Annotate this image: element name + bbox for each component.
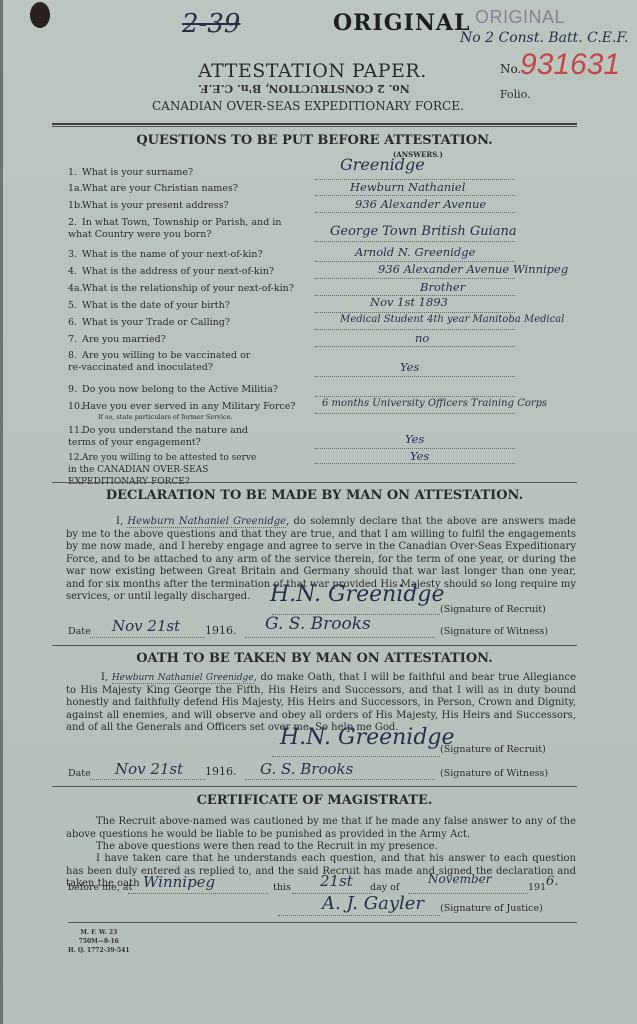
magistrate-day: 21st <box>320 872 353 890</box>
declaration-date: Nov 21st <box>112 617 180 635</box>
folio-label: Folio. <box>500 88 531 101</box>
paper-edge <box>0 0 3 1024</box>
answer-1a: Hewburn Nathaniel <box>350 180 465 194</box>
before-me-label: before me, at <box>68 882 132 893</box>
original-stamp: ORIGINAL <box>475 7 565 28</box>
answer-10: 6 months University Officers Training Co… <box>322 398 547 409</box>
oath-witness-signature-label: (Signature of Witness) <box>440 768 548 779</box>
answer-2: George Town British Guiana <box>330 224 517 239</box>
attestation-paper: 2-39 ORIGINAL ORIGINAL No 2 Const. Batt.… <box>0 0 637 1024</box>
ink-blot <box>30 2 50 28</box>
questions-heading: QUESTIONS TO BE PUT BEFORE ATTESTATION. <box>52 133 577 148</box>
regimental-number: 931631 <box>520 48 620 82</box>
unit-handwritten: No 2 Const. Batt. C.E.F. <box>460 30 628 46</box>
page-title: ATTESTATION PAPER. <box>198 60 427 82</box>
oath-recruit-signature: H.N. Greenidge <box>280 725 455 750</box>
justice-signature: A. J. Gayler <box>322 893 424 914</box>
question-4a: 4a.What is the relationship of your next… <box>68 283 308 295</box>
inverted-unit-stamp: No. 2 CONSTRUCTION, B'n. C.E.F. <box>198 82 410 95</box>
question-9: 9.Do you now belong to the Active Militi… <box>68 384 308 396</box>
original-print: ORIGINAL <box>333 10 470 36</box>
answer-3: Arnold N. Greenidge <box>355 245 475 259</box>
divider <box>52 482 577 483</box>
question-3: 3.What is the name of your next-of-kin? <box>68 249 308 261</box>
answer-4: 936 Alexander Avenue Winnipeg <box>378 262 568 276</box>
question-1b: 1b.What is your present address? <box>68 200 308 212</box>
form-code: M. F. W. 23 750M—8-16 H. Q. 1772-39-541 <box>68 928 130 955</box>
struck-number: 2-39 <box>182 9 240 39</box>
magistrate-para-2: The above questions were then read to th… <box>66 841 576 854</box>
divider <box>52 786 577 787</box>
answer-1: Greenidge <box>340 155 425 174</box>
oath-date-label: Date <box>68 768 91 779</box>
this-label: this <box>273 882 291 893</box>
question-2: 2.In what Town, Township or Parish, and … <box>68 217 308 241</box>
question-8: 8.Are you willing to be vaccinated or re… <box>68 350 258 374</box>
magistrate-place: Winnipeg <box>143 873 215 891</box>
magistrate-month: November <box>428 872 492 886</box>
question-4: 4.What is the address of your next-of-ki… <box>68 266 308 278</box>
question-6: 6.What is your Trade or Calling? <box>68 317 308 329</box>
declaration-name: Hewburn Nathaniel Greenidge <box>127 516 286 528</box>
answer-1b: 936 Alexander Avenue <box>355 197 486 211</box>
question-1a: 1a.What are your Christian names? <box>68 183 308 195</box>
answer-11: Yes <box>405 432 424 446</box>
oath-name: Hewburn Nathaniel Greenidge <box>112 673 254 684</box>
magistrate-para-1: The Recruit above-named was cautioned by… <box>66 816 576 841</box>
divider <box>52 123 577 125</box>
declaration-year: 1916. <box>205 624 237 637</box>
divider <box>68 922 577 923</box>
declaration-witness-signature: G. S. Brooks <box>265 614 371 634</box>
divider <box>52 126 577 127</box>
oath-witness-signature: G. S. Brooks <box>260 760 353 778</box>
recruit-signature-label: (Signature of Recruit) <box>440 604 546 615</box>
magistrate-heading: CERTIFICATE OF MAGISTRATE. <box>52 793 577 808</box>
answer-4a: Brother <box>420 280 465 294</box>
answer-7: no <box>415 331 429 345</box>
question-1: 1.What is your surname? <box>68 167 308 179</box>
declaration-recruit-signature: H.N. Greenidge <box>270 582 445 607</box>
divider <box>52 645 577 646</box>
answer-6: Medical Student 4th year Manitoba Medica… <box>340 314 564 325</box>
declaration-heading: DECLARATION TO BE MADE BY MAN ON ATTESTA… <box>52 488 577 503</box>
oath-recruit-signature-label: (Signature of Recruit) <box>440 744 546 755</box>
oath-year: 1916. <box>205 765 237 778</box>
justice-signature-label: (Signature of Justice) <box>440 903 543 914</box>
answer-12: Yes <box>410 449 429 463</box>
answer-8: Yes <box>400 360 419 374</box>
witness-signature-label: (Signature of Witness) <box>440 626 548 637</box>
question-7: 7.Are you married? <box>68 334 308 346</box>
question-10: 10.Have you ever served in any Military … <box>68 401 308 421</box>
answer-5: Nov 1st 1893 <box>370 295 448 309</box>
question-5: 5.What is the date of your birth? <box>68 300 308 312</box>
date-label: Date <box>68 626 91 637</box>
oath-date: Nov 21st <box>115 760 183 778</box>
magistrate-year-prefix: 191 <box>528 882 546 893</box>
question-11: 11.Do you understand the nature and term… <box>68 425 258 449</box>
number-label: No. <box>500 62 521 76</box>
oath-heading: OATH TO BE TAKEN BY MAN ON ATTESTATION. <box>52 651 577 666</box>
magistrate-year-digit: 6. <box>546 874 558 889</box>
page-subtitle: CANADIAN OVER-SEAS EXPEDITIONARY FORCE. <box>152 99 464 113</box>
day-of-label: day of <box>370 882 399 893</box>
